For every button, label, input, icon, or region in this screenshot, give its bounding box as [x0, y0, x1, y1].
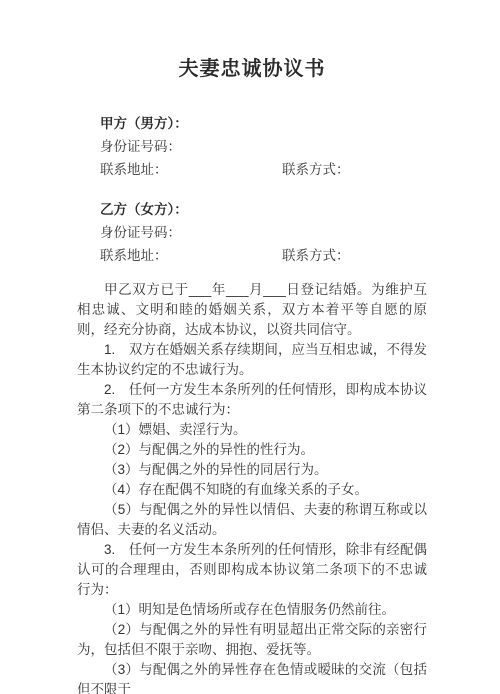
party-a-contact-label: 联系方式：: [282, 158, 350, 181]
clause-2-item-4: （4）存在配偶不知晓的有血缘关系的子女。: [77, 480, 427, 500]
clause-3: 3. 任何一方发生本条所列的任何情形，除非有经配偶认可的合理理由，否则即构成本协…: [77, 540, 427, 600]
clause-2-item-5: （5）与配偶之外的异性以情侣、夫妻的称谓互称或以情侣、夫妻的名义活动。: [77, 500, 427, 540]
clause-3-item-2: （2）与配偶之外的异性有明显超出正常交际的亲密行为，包括但不限于亲吻、拥抱、爱抚…: [77, 620, 427, 660]
document-title: 夫妻忠诚协议书: [77, 56, 427, 82]
party-b-id-label: 身份证号码：: [77, 221, 427, 244]
party-b-block: 乙方（女方）： 身份证号码： 联系地址： 联系方式：: [77, 198, 427, 267]
clause-3-item-1: （1）明知是色情场所或存在色情服务仍然前往。: [77, 600, 427, 620]
party-a-address-row: 联系地址： 联系方式：: [77, 158, 427, 181]
party-b-address-row: 联系地址： 联系方式：: [77, 244, 427, 267]
party-b-heading: 乙方（女方）：: [77, 198, 427, 221]
party-b-address-label: 联系地址：: [100, 248, 168, 263]
clause-2-item-2: （2）与配偶之外的异性的性行为。: [77, 440, 427, 460]
party-a-address-label: 联系地址：: [100, 162, 168, 177]
clause-1: 1. 双方在婚姻关系存续期间，应当互相忠诚，不得发生本协议约定的不忠诚行为。: [77, 340, 427, 380]
document-content: 夫妻忠诚协议书 甲方（男方）： 身份证号码： 联系地址： 联系方式： 乙方（女方…: [0, 0, 500, 694]
document-page: 夫妻忠诚协议书 甲方（男方）： 身份证号码： 联系地址： 联系方式： 乙方（女方…: [0, 0, 500, 694]
party-b-contact-label: 联系方式：: [282, 244, 350, 267]
intro-paragraph: 甲乙双方已于___年___月___日登记结婚。为维护互相忠诚、文明和睦的婚姻关系…: [77, 280, 427, 340]
party-a-id-label: 身份证号码：: [77, 135, 427, 158]
clause-2-item-1: （1）嫖娼、卖淫行为。: [77, 420, 427, 440]
party-a-block: 甲方（男方）： 身份证号码： 联系地址： 联系方式：: [77, 112, 427, 181]
clause-2-item-3: （3）与配偶之外的异性的同居行为。: [77, 460, 427, 480]
party-a-heading: 甲方（男方）：: [77, 112, 427, 135]
clause-2: 2. 任何一方发生本条所列的任何情形，即构成本协议第二条项下的不忠诚行为：: [77, 380, 427, 420]
page-number-footer: 第 1 页 共 3 页: [0, 661, 500, 674]
